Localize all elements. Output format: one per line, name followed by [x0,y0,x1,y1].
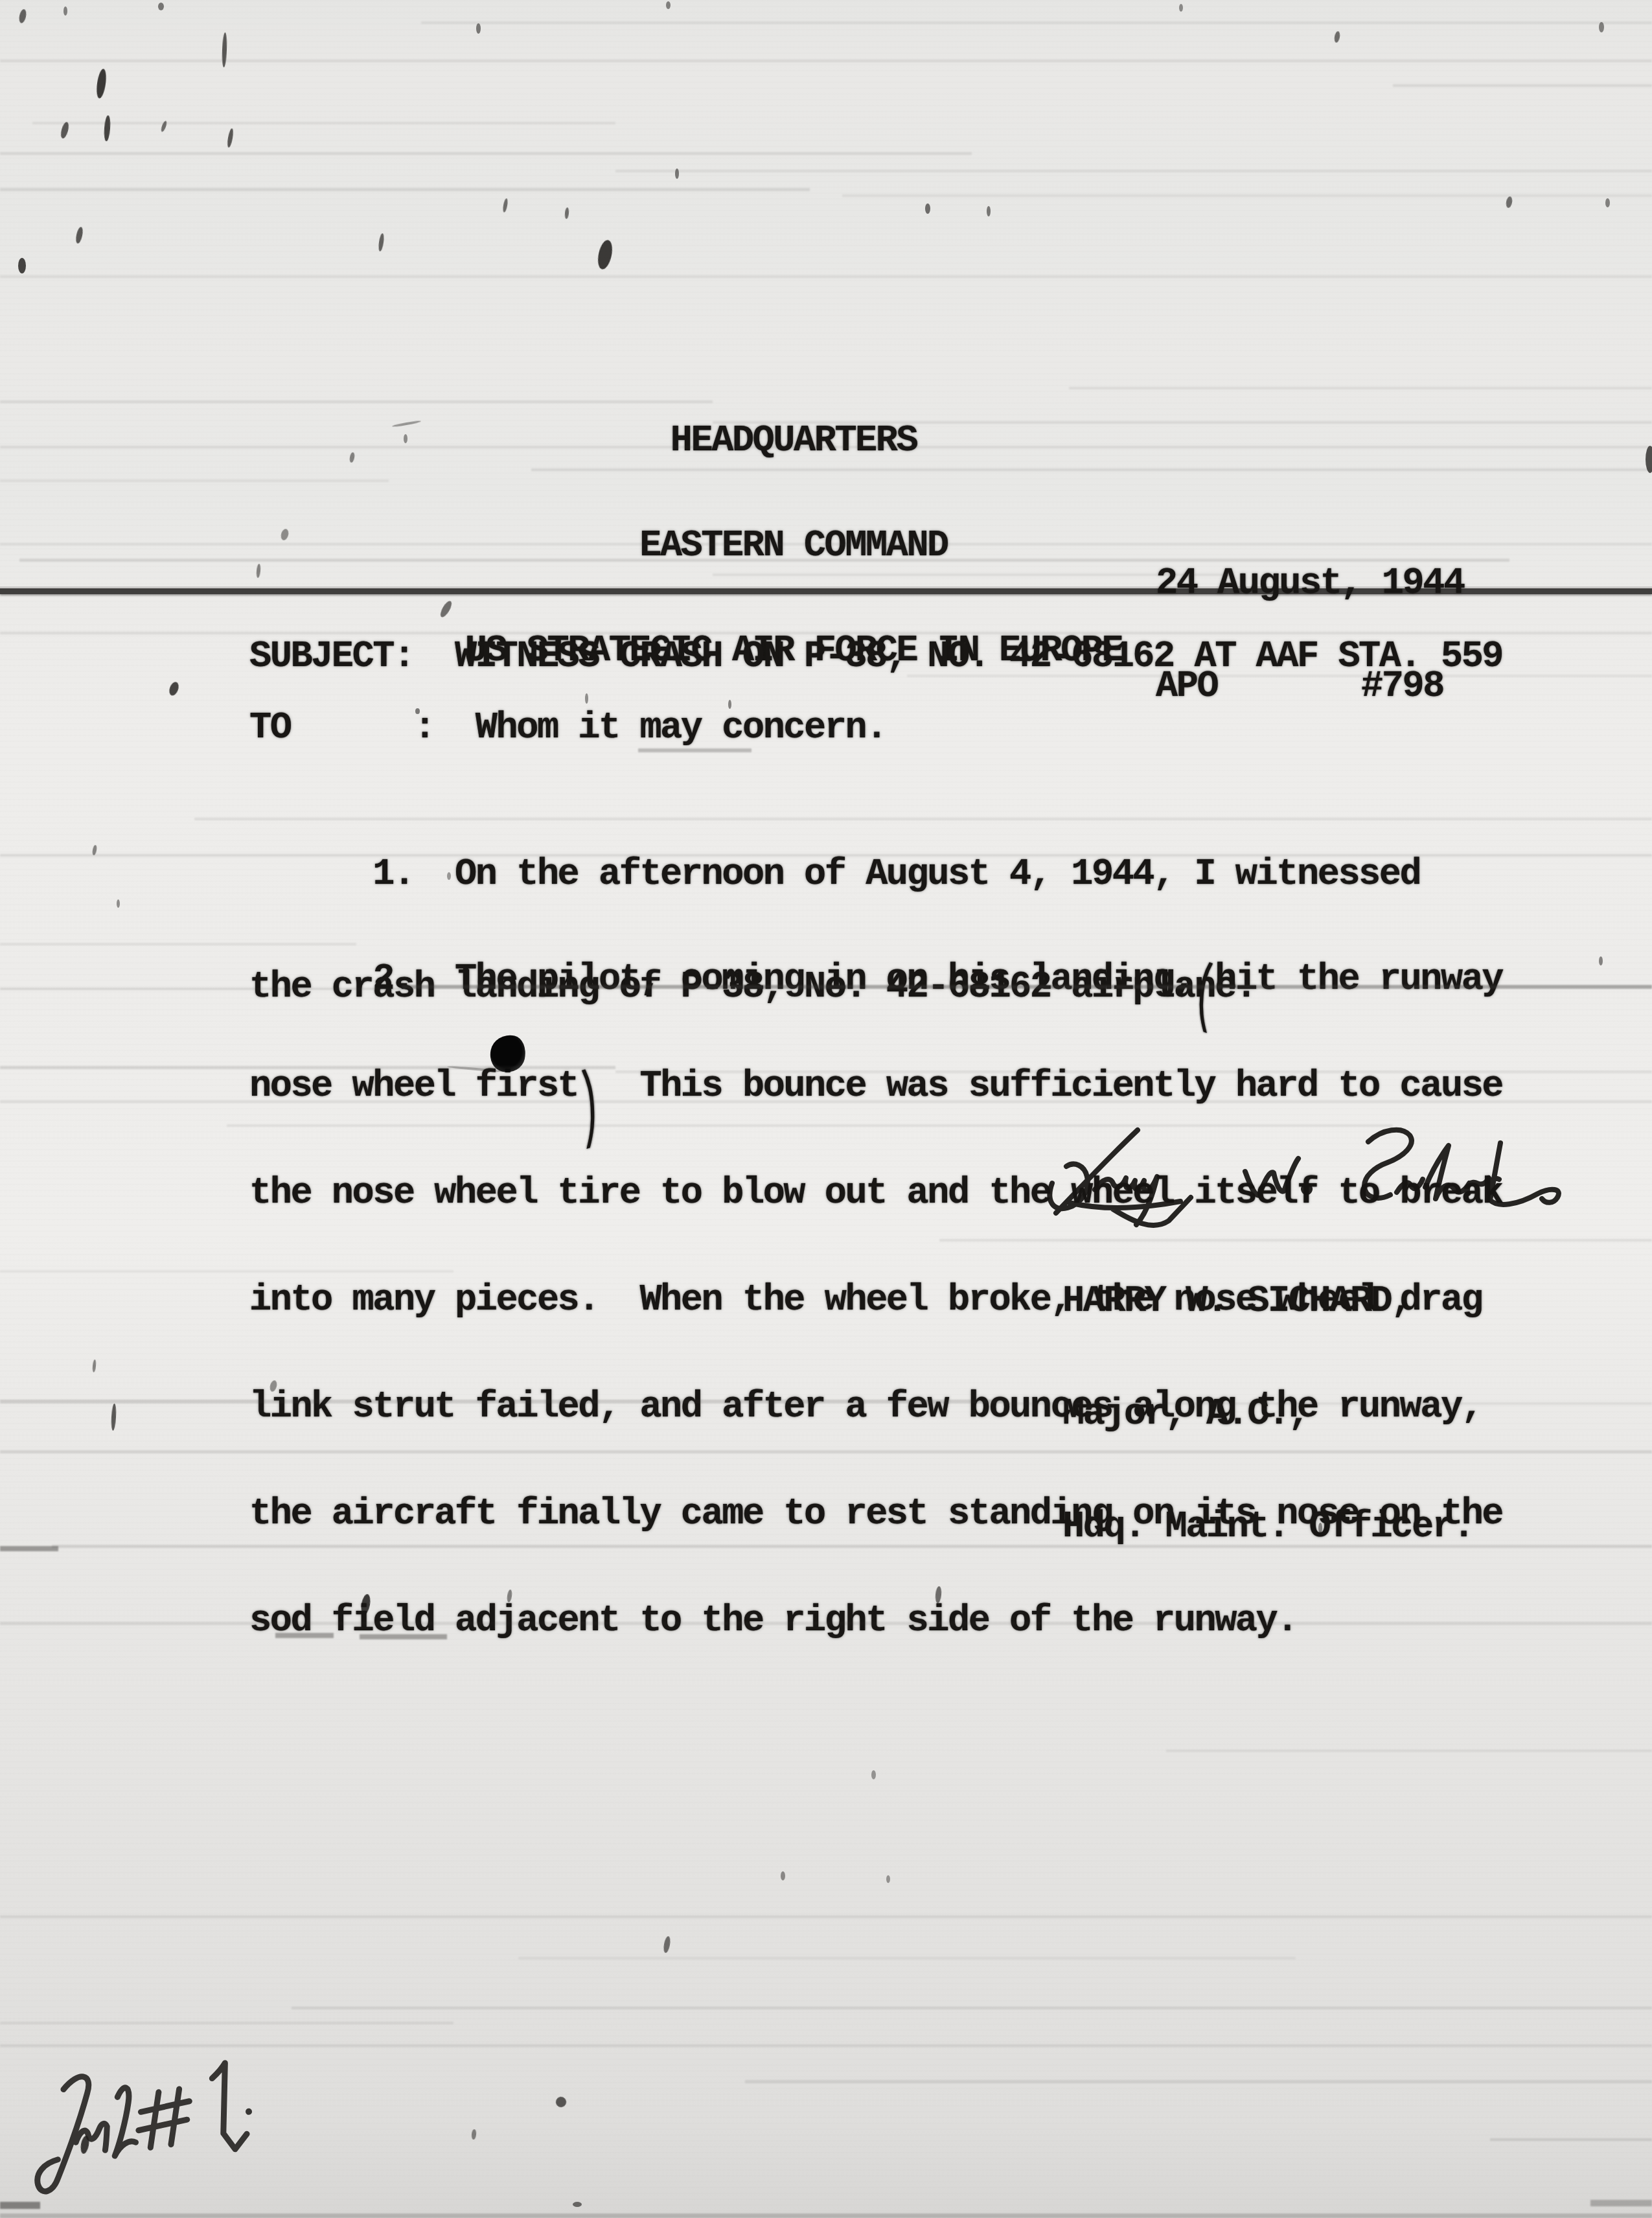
paper-speck [871,1770,876,1779]
scan-artifact-line [0,188,810,191]
paper-speck [1605,198,1610,207]
paper-speck [471,2129,476,2140]
handwritten-close-paren: ) [576,1067,601,1154]
scan-artifact-line [32,122,615,124]
paper-speck [75,226,84,244]
paper-speck [476,23,481,34]
signature-stroke [1397,1143,1559,1205]
scan-artifact-line [1166,1750,1652,1752]
body-line: nose wheel first) This bounce was suffic… [249,1069,1502,1105]
scan-artifact-line [0,2022,453,2024]
paper-speck [60,121,70,139]
paper-speck [378,233,385,252]
paper-speck [117,899,120,908]
paper-speck [160,121,168,133]
paper-speck [226,128,234,148]
date-apo-block: 24 August, 1944 APO #798 [1156,498,1464,773]
paper-speck [92,1359,97,1372]
paper-speck [1506,196,1513,208]
paper-speck [595,238,614,270]
paper-speck [554,2095,569,2110]
body-text: nose wheel first [249,1066,578,1107]
scan-artifact-line [421,21,1652,24]
body-line: 2. The pilot, coming in on his landing,(… [249,962,1502,998]
scan-artifact-line [0,1546,58,1551]
paper-speck [781,1871,785,1880]
paper-speck [1599,22,1604,32]
signer-name: HARRY W. SICHARD, [1062,1283,1473,1321]
paper-speck [573,2202,582,2207]
signature-stroke [1364,1130,1412,1198]
scan-artifact-line [0,2213,1652,2218]
scan-artifact-line [745,2080,1652,2083]
scan-artifact-line [842,194,1652,197]
paper-speck [222,32,227,67]
handwritten-open-paren: ( [1191,958,1217,1037]
scan-artifact-line [0,1915,1652,1918]
paper-speck [564,207,569,219]
paper-speck [158,3,164,10]
scan-artifact-line [292,2007,1652,2009]
paper-speck [1599,956,1603,965]
paper-speck [92,845,98,856]
body-line: 1. On the afternoon of August 4, 1944, I… [249,856,1420,894]
letterhead-line-1: HEADQUARTERS [249,424,1338,459]
paper-speck [1179,4,1183,12]
scanned-document-page: HEADQUARTERS EASTERN COMMAND US STRATEGI… [0,0,1652,2218]
signature-stroke [1245,1159,1310,1196]
scan-artifact-line [0,275,1652,278]
to-line: TO : Whom it may concern. [249,711,886,746]
paper-speck [987,206,991,216]
paper-speck [168,680,181,697]
scan-artifact-line [615,170,1652,172]
signer-title: Hdq. Maint. Officer. [1062,1508,1473,1546]
date-line: 24 August, 1944 [1156,567,1464,601]
paper-speck [104,115,111,142]
paper-speck [18,8,27,24]
paper-speck [886,1875,890,1883]
signature-stroke [1069,1197,1191,1225]
signature-stroke [1050,1130,1138,1213]
paper-speck [18,258,26,273]
paper-speck [1646,446,1652,473]
enclosure-stroke [109,2087,137,2156]
enclosure-stroke [211,2062,248,2151]
paper-speck [675,168,679,179]
scan-artifact-line [1393,84,1652,87]
paper-speck [1333,30,1340,43]
paper-speck [63,6,67,16]
paper-speck [502,198,509,213]
scan-artifact-line [0,60,1652,62]
handwritten-signature [1017,1125,1574,1238]
paper-speck [666,1,671,9]
paper-speck [111,1404,117,1431]
handwritten-enclosure-note [16,2042,287,2218]
subject-line: SUBJECT: WITNESS CRASH ON P-38, NO. 42-6… [249,640,1502,675]
paper-speck [95,68,108,98]
signer-rank: Major, A.C., [1062,1396,1473,1433]
scan-artifact-line [518,1957,1296,1959]
paper-speck [663,1935,671,1953]
paper-speck [925,203,930,214]
body-text: This bounce was sufficiently hard to cau… [599,1066,1502,1107]
scan-artifact-line [0,152,972,155]
enclosure-stroke [246,2108,253,2115]
enclosure-stroke [135,2088,193,2149]
scan-artifact-line [1490,2138,1652,2141]
body-text: 2. The pilot, coming in on his landing, [249,959,1194,1000]
signature-block: HARRY W. SICHARD, Major, A.C., Hdq. Main… [1062,1208,1473,1621]
scan-artifact-line [1590,2200,1652,2206]
body-text: hit the runway [1215,959,1502,1000]
